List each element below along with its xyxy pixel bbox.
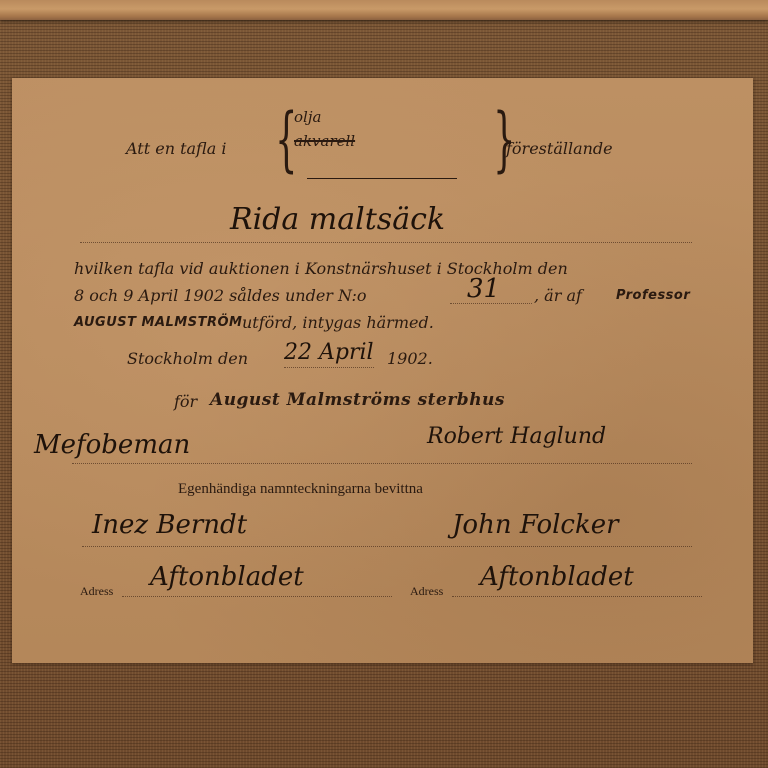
- date-year: 1902.: [387, 349, 433, 368]
- witness-1-signature: Inez Berndt: [92, 510, 247, 540]
- address-label-2: Adress: [410, 584, 443, 599]
- witness-caption: Egenhändiga namnteckningarna bevittna: [178, 481, 423, 498]
- signature-2: Robert Haglund: [427, 424, 606, 449]
- issuer-prefix: för: [174, 392, 197, 411]
- depicting-text: föreställande: [506, 139, 613, 158]
- signature-1: Mefobeman: [34, 430, 190, 460]
- artist-title: Professor: [616, 288, 690, 303]
- painting-title-handwritten: Rida maltsäck: [230, 202, 445, 237]
- date-handwritten: 22 April: [284, 340, 374, 365]
- lot-number-handwritten: 31: [467, 274, 500, 304]
- certificate-card: Att en tafla i { olja akvarell } förestä…: [12, 78, 753, 663]
- witness-dotted-line: [82, 546, 692, 547]
- signature-dotted-line: [72, 463, 692, 464]
- address-label-1: Adress: [80, 584, 113, 599]
- title-dotted-line: [80, 242, 692, 243]
- address-dotted-line-2: [452, 596, 702, 597]
- lot-dotted-line: [450, 303, 532, 304]
- date-prefix: Stockholm den: [127, 349, 248, 368]
- medium-blank-line: [307, 178, 457, 179]
- intro-text: Att en tafla i: [126, 139, 226, 158]
- artist-name: AUGUST MALMSTRÖM: [74, 315, 242, 330]
- witness-2-signature: John Folcker: [452, 510, 619, 540]
- witness-1-address: Aftonbladet: [150, 562, 304, 592]
- medium-option-watercolor-struck: akvarell: [294, 132, 355, 150]
- witness-2-address: Aftonbladet: [480, 562, 634, 592]
- issuer-name: August Malmströms sterbhus: [210, 390, 505, 410]
- frame-edge: [0, 0, 768, 20]
- body-line-2-suffix: , är af: [534, 286, 582, 305]
- body-line-3: utförd, intygas härmed.: [242, 313, 434, 332]
- date-dotted-line: [284, 367, 374, 368]
- address-dotted-line-1: [122, 596, 392, 597]
- medium-option-oil: olja: [294, 108, 321, 126]
- body-line-2: 8 och 9 April 1902 såldes under N:o: [74, 286, 366, 305]
